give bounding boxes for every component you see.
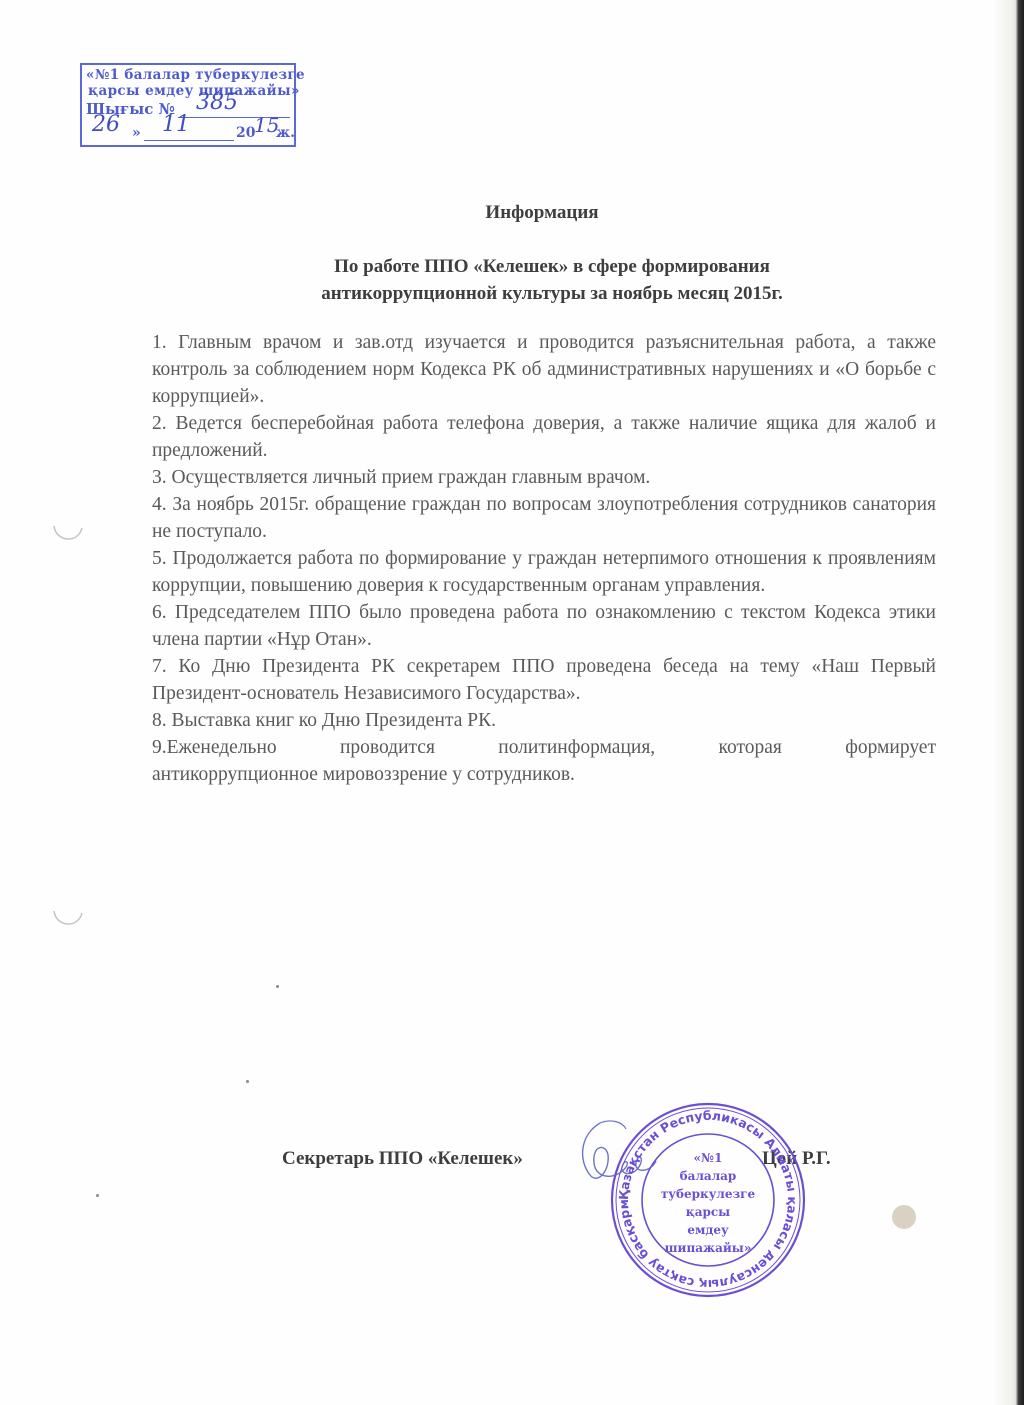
seal-center-line-5: емдеу — [687, 1223, 729, 1237]
list-item-9: 9.Еженедельно проводится политинформация… — [152, 734, 936, 788]
stamp-org-line-2: қарсы емдеу шипажайы» — [86, 83, 290, 99]
stamp-date-line — [144, 140, 234, 141]
stamp-outgoing-number: 385 — [196, 95, 238, 111]
list-item-9-line-2: антикоррупционное мировоззрение у сотруд… — [152, 764, 575, 785]
stamp-date-month: 11 — [162, 117, 190, 133]
stamp-date-day: 26 — [92, 117, 120, 133]
official-round-seal: Қазақстан Республикасы Алматы қаласы ден… — [608, 1100, 808, 1300]
subtitle-line-2: антикоррупционной культуры за ноябрь мес… — [80, 280, 1024, 307]
speck — [246, 1080, 249, 1083]
list-item-7: 7. Ко Дню Президента РК секретарем ППО п… — [152, 653, 936, 707]
seal-center-line-3: туберкулезге — [661, 1187, 756, 1201]
list-item-2: 2. Ведется бесперебойная работа телефона… — [152, 410, 936, 464]
registration-stamp: «№1 балалар туберкулезге қарсы емдеу шип… — [80, 63, 296, 147]
list-item-9-line-1: 9.Еженедельно проводится политинформация… — [152, 734, 936, 761]
scanned-document-page: «№1 балалар туберкулезге қарсы емдеу шип… — [0, 0, 1024, 1405]
list-item-6: 6. Председателем ППО было проведена рабо… — [152, 599, 936, 653]
document-subtitle: По работе ППО «Келешек» в сфере формиров… — [0, 253, 1024, 307]
seal-center-line-6: шипажайы» — [665, 1241, 752, 1255]
stamp-date-quote: » — [132, 125, 141, 141]
binding-hole-mark-upper — [50, 520, 90, 550]
list-item-8: 8. Выставка книг ко Дню Президента РК. — [152, 707, 936, 734]
document-body: 1. Главным врачом и зав.отд изучается и … — [152, 329, 936, 788]
speck — [276, 985, 279, 988]
seal-center-line-1: «№1 — [694, 1151, 723, 1165]
signatory-position: Секретарь ППО «Келешек» — [282, 1148, 523, 1170]
stamp-date-row: 26 » 11 20 15 ж. — [86, 121, 290, 143]
stamp-org-line-1: «№1 балалар туберкулезге — [86, 67, 290, 83]
seal-center-line-4: қарсы — [686, 1205, 730, 1219]
document-title: Информация — [0, 202, 1024, 224]
list-item-3: 3. Осуществляется личный прием граждан г… — [152, 464, 936, 491]
list-item-4: 4. За ноябрь 2015г. обращение граждан по… — [152, 491, 936, 545]
stamp-year-suffix: ж. — [276, 125, 295, 141]
stamp-year-prefix: 20 — [236, 125, 255, 141]
speck — [96, 1194, 99, 1197]
list-item-5: 5. Продолжается работа по формирование у… — [152, 545, 936, 599]
paper-stain — [892, 1205, 916, 1229]
binding-hole-mark-lower — [50, 905, 90, 935]
subtitle-line-1: По работе ППО «Келешек» в сфере формиров… — [80, 253, 1024, 280]
list-item-1: 1. Главным врачом и зав.отд изучается и … — [152, 329, 936, 410]
seal-center-line-2: балалар — [680, 1169, 737, 1183]
